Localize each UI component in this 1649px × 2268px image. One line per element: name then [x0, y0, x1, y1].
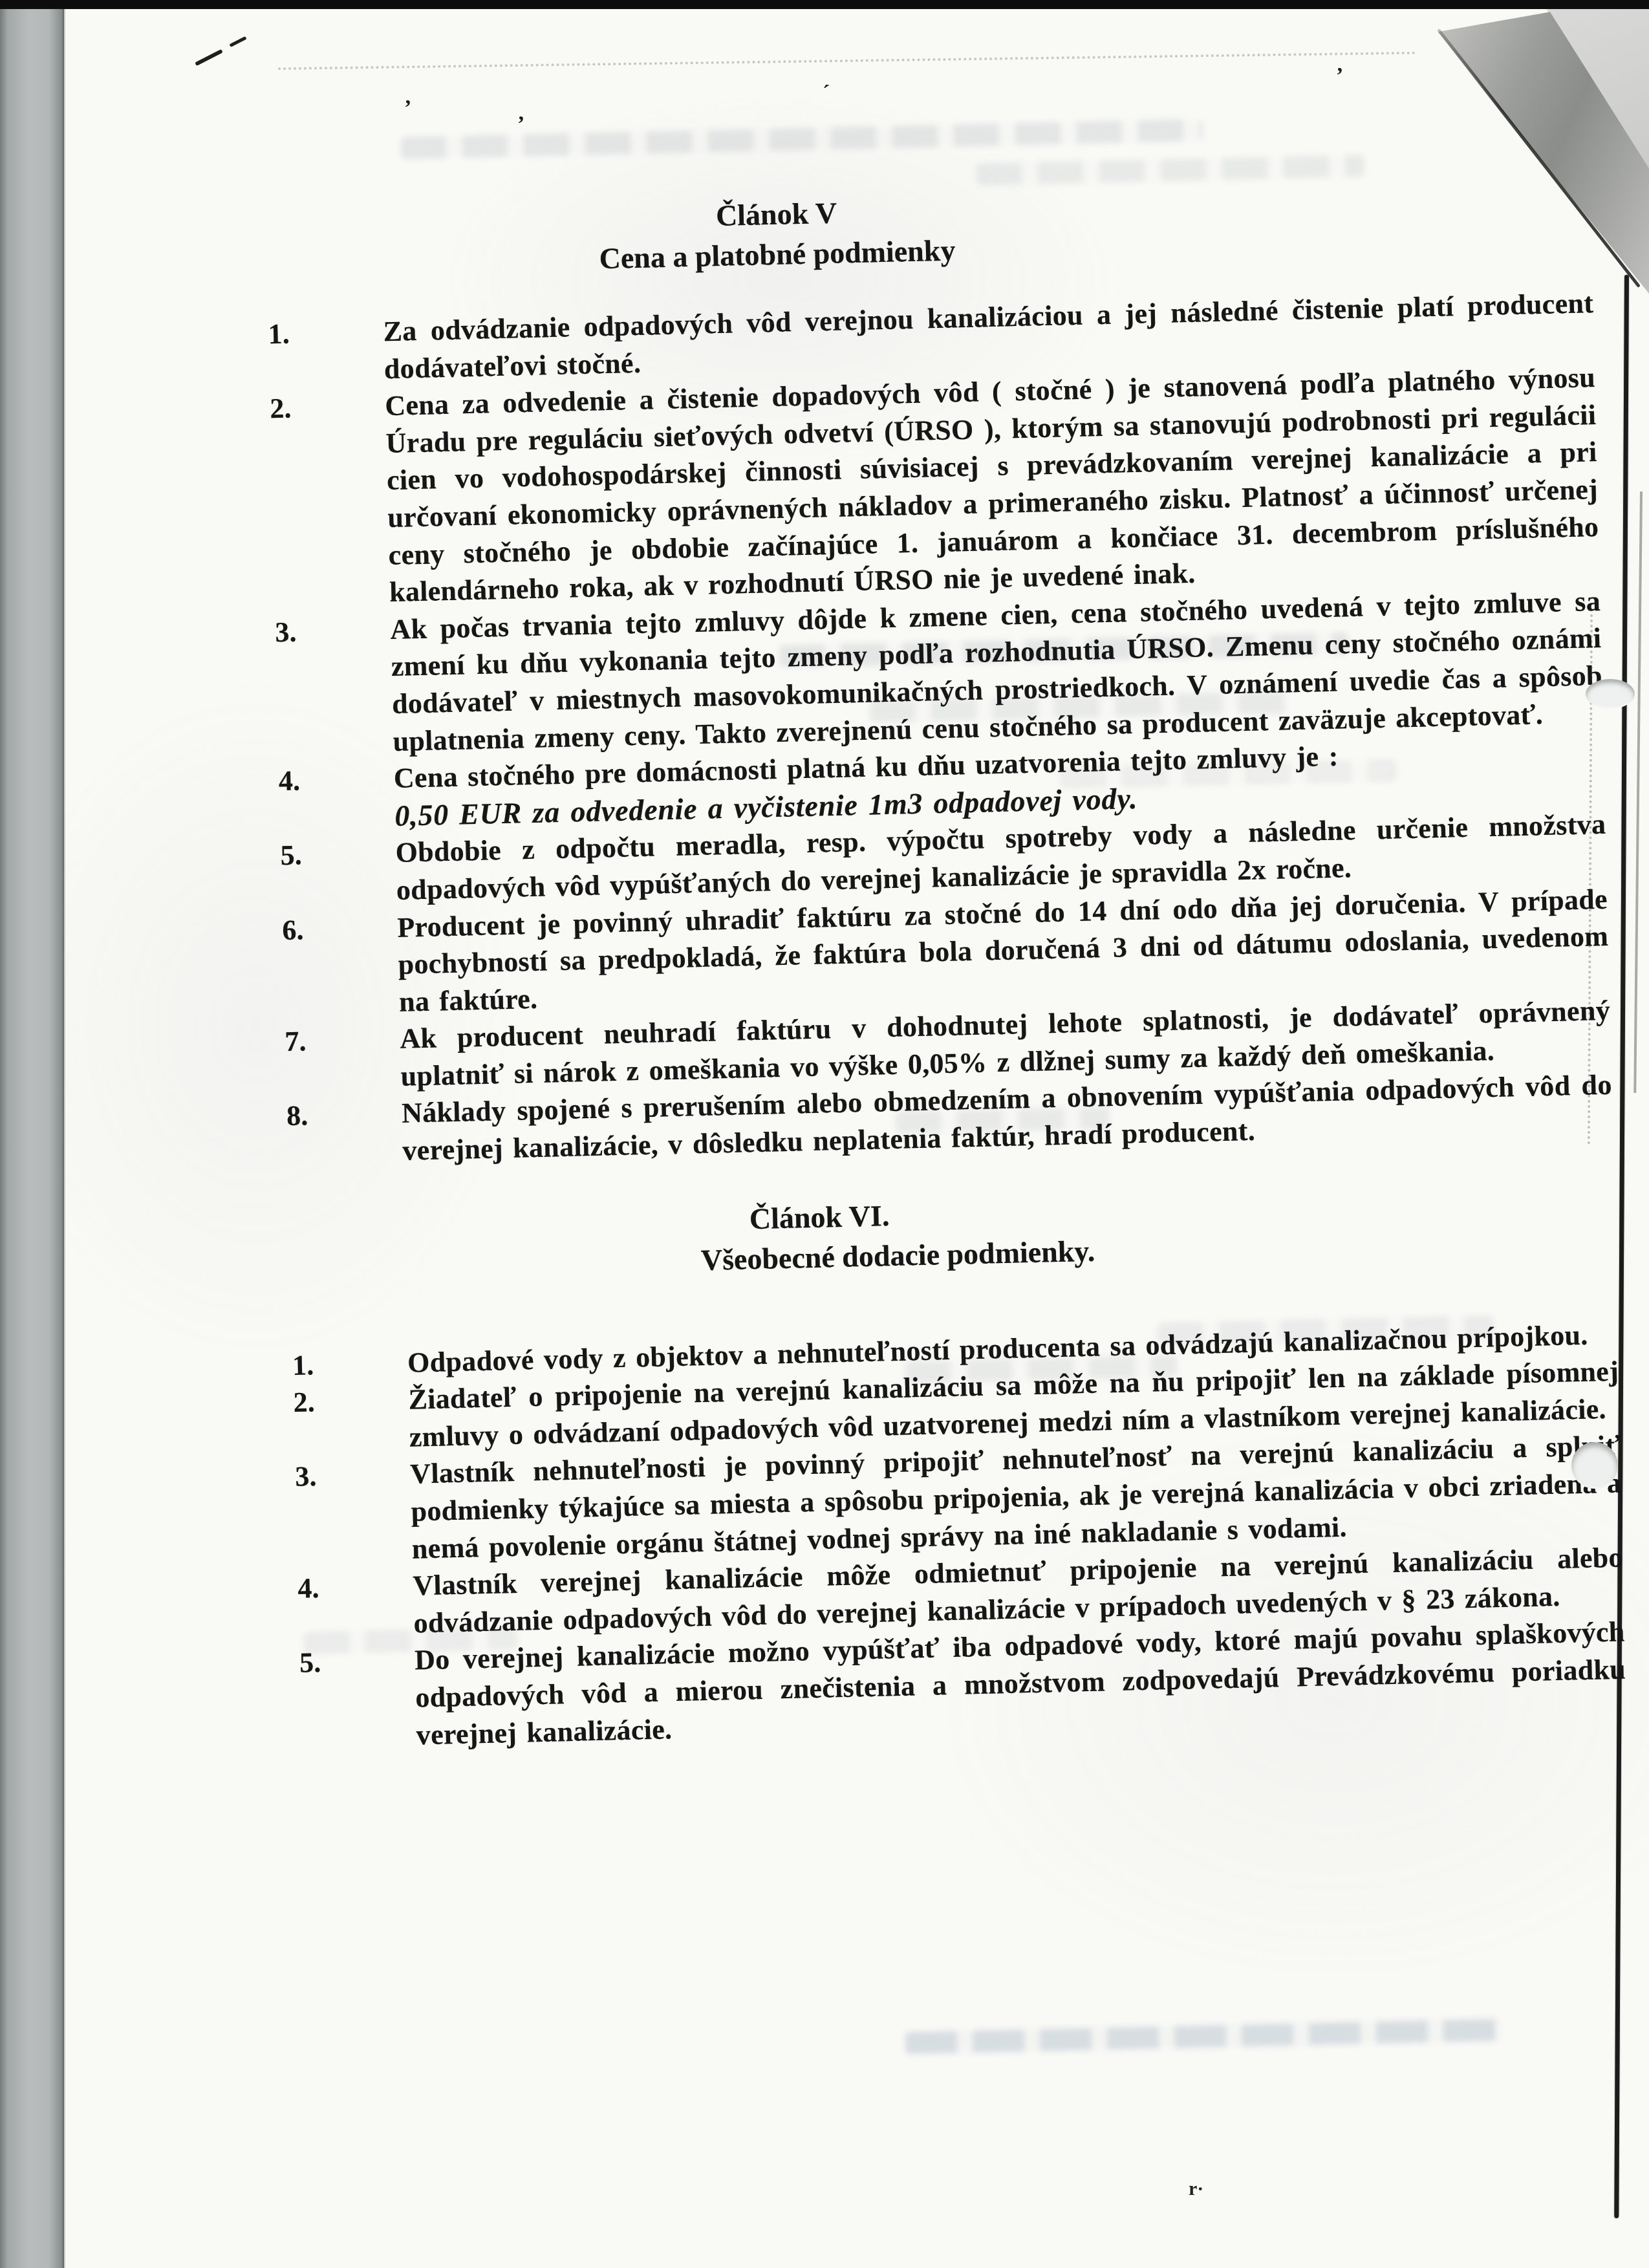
clause-number: 4. [265, 760, 394, 800]
contract-text: Článok V Cena a platobné podmienky 1.Za … [252, 175, 1627, 1756]
clause-text: Ak počas trvania tejto zmluvy dôjde k zm… [390, 583, 1604, 760]
clause-number: 8. [273, 1095, 402, 1135]
clause-number: 5. [286, 1642, 415, 1682]
punch-hole-bottom [1571, 1442, 1618, 1489]
clause-number: 5. [267, 834, 396, 874]
clause-number: 3. [262, 611, 391, 651]
clause-number: 3. [282, 1456, 411, 1496]
ink-speck: ’ [1336, 65, 1343, 87]
ink-speck: ’ [404, 97, 411, 119]
clause: 2.Cena za odvedenie a čistenie dopadovýc… [257, 359, 1600, 614]
article-6-heading: Článok VI. Všeobecné dodacie podmienky. [276, 1178, 1616, 1290]
scanned-contract-page: ’ ’ ´ ’ r· Článok V Cena a platobné podm… [0, 0, 1649, 2268]
clause-number: 1. [279, 1344, 408, 1384]
clause-number: 4. [285, 1568, 413, 1608]
article-6-section: Článok VI. Všeobecné dodacie podmienky. … [276, 1178, 1627, 1756]
article-6-clauses: 1.Odpadové vody z objektov a nehnuteľnos… [279, 1315, 1627, 1756]
punch-hole-top [1586, 679, 1635, 709]
clause-number: 7. [272, 1021, 400, 1061]
scanner-top-strip [0, 0, 1649, 9]
ink-speck: ’ [517, 113, 524, 135]
clause-number: 2. [257, 387, 385, 427]
clause-number: 6. [269, 909, 398, 949]
clause-text: Cena za odvedenie a čistenie dopadových … [385, 359, 1600, 611]
article-5-section: Článok V Cena a platobné podmienky 1.Za … [252, 175, 1613, 1172]
article-5-clauses: 1.Za odvádzanie odpadových vôd verejnou … [255, 285, 1613, 1172]
scanner-bed-left-band [0, 0, 64, 2268]
clause-number: 2. [280, 1381, 409, 1421]
clause-number: 1. [255, 313, 383, 353]
ink-speck: ´ [823, 83, 830, 105]
ink-speck: r· [1189, 2178, 1203, 2200]
